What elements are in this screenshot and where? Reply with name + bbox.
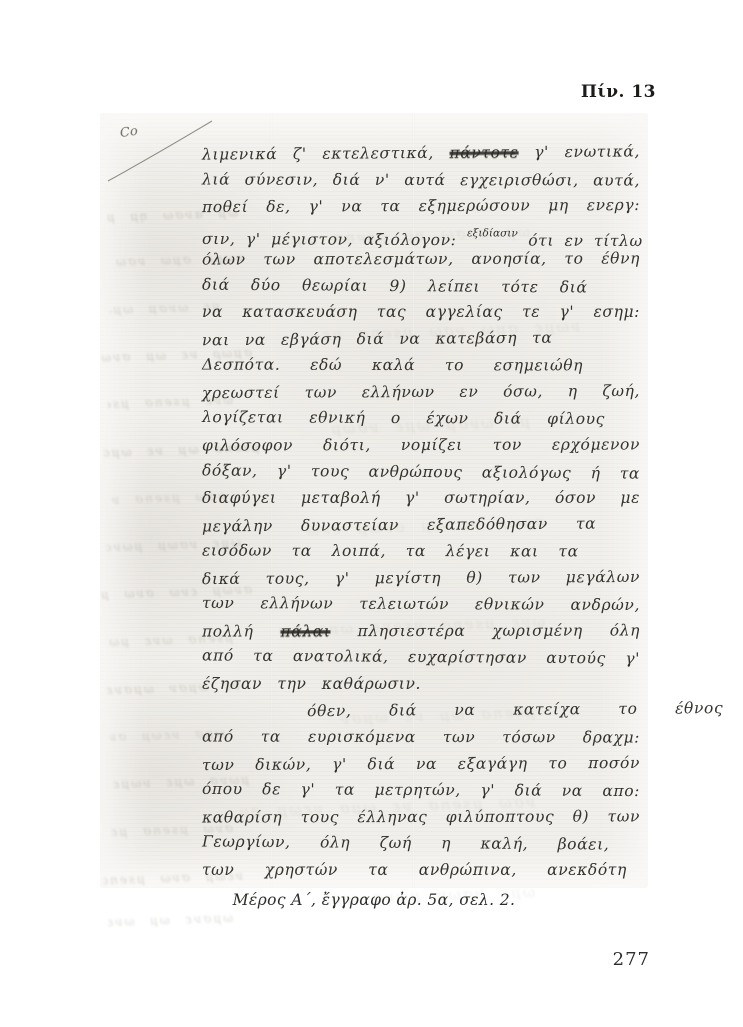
manuscript-line: λογίζεται εθνική ο έχων διά φίλους <box>202 404 605 433</box>
manuscript-line: δόξαν, γ' τους ανθρώπους αξιολόγως ή τα <box>202 457 640 487</box>
manuscript-line: από τα ευρισκόμενα των τόσων δραχμ: <box>202 723 640 751</box>
manuscript-line: πολλή πάλαι πλησιεστέρα χωρισμένη όλη <box>202 617 640 645</box>
manuscript-line: των ελλήνων τελειωτών εθνικών ανδρών, <box>202 590 640 619</box>
plate-caption: Μέρος Α΄, ἔγγραφο ἀρ. 5α, σελ. 2. <box>100 891 648 909</box>
page-number: 277 <box>613 949 650 970</box>
manuscript-line: να κατασκευάση τας αγγελίας τε γ' εσημ: <box>202 299 640 326</box>
manuscript-line: όθεν, διά να κατείχα το έθνος <box>202 696 723 726</box>
manuscript-line: χρεωστεί των ελλήνων εν όσω, η ζωή, <box>202 378 640 407</box>
interlinear-insertion: εξιδίασιν <box>467 227 518 239</box>
manuscript-line: από τα ανατολικά, ευχαρίστησαν αυτούς γ' <box>202 643 640 673</box>
struck-through-word: πάλαι <box>280 622 330 640</box>
manuscript-line: σιν, γ' μέγιστον, αξιόλογον: εξιδίασιν ό… <box>202 219 640 248</box>
manuscript-line: όπου δε γ' τα μετρητών, γ' διά να απο: <box>202 776 640 805</box>
manuscript-line: διαφύγει μεταβολή γ' σωτηρίαν, όσον με <box>202 485 640 512</box>
plate-label: Πίν. 13 <box>581 82 656 102</box>
manuscript-line: λιά σύνεσιν, διά ν' αυτά εγχειρισθώσι, α… <box>202 166 640 194</box>
manuscript-line: όλων των αποτελεσμάτων, ανοησία, το έθνη <box>202 246 640 274</box>
manuscript-line: λιμενικά ζ' εκτελεστικά, πάντοτε γ' ενωτ… <box>202 138 640 168</box>
manuscript-line: μεγάλην δυναστείαν εξαπεδόθησαν τα <box>202 510 596 539</box>
manuscript-line: διά δύο θεωρίαι 9) λείπει τότε διά <box>202 271 588 300</box>
manuscript-line: Δεσπότα. εδώ καλά το εσημειώθη <box>202 352 583 379</box>
manuscript-scan: Co ωμ ανσω ημ μsenσ ωμνωμε σμω νσω μsenσ… <box>100 113 648 888</box>
manuscript-line: ναι να εβγάση διά να κατεβάση τα <box>202 325 553 354</box>
bleedthrough-text: ωμσνε ωμ ωνε μsenσ <box>108 911 233 929</box>
manuscript-line: δικά τους, γ' μεγίστη θ) των μεγάλων <box>202 564 640 593</box>
struck-through-word: πάντοτε <box>449 143 518 162</box>
manuscript-line: Γεωργίων, όλη ζωή η καλή, βοάει, <box>202 829 610 859</box>
manuscript-line: των χρηστών τα ανθρώπινα, ανεκδότη <box>202 857 627 884</box>
manuscript-line: των δικών, γ' διά να εξαγάγη το ποσόν <box>202 750 640 779</box>
archival-corner-mark: Co <box>119 124 139 141</box>
manuscript-line: έζησαν την καθάρωσιν. <box>202 671 421 698</box>
manuscript-line: ποθεί δε, γ' να τα εξημερώσουν μη ενεργ: <box>202 192 640 221</box>
manuscript-text: λιμενικά ζ' εκτελεστικά, πάντοτε γ' ενωτ… <box>202 140 640 883</box>
manuscript-line: καθαρίση τους έλληνας φιλύποπτους θ) των <box>202 803 640 831</box>
manuscript-line: φιλόσοφον διότι, νομίζει τον ερχόμενον <box>202 431 640 459</box>
manuscript-line: εισόδων τα λοιπά, τα λέγει και τα <box>202 538 579 565</box>
